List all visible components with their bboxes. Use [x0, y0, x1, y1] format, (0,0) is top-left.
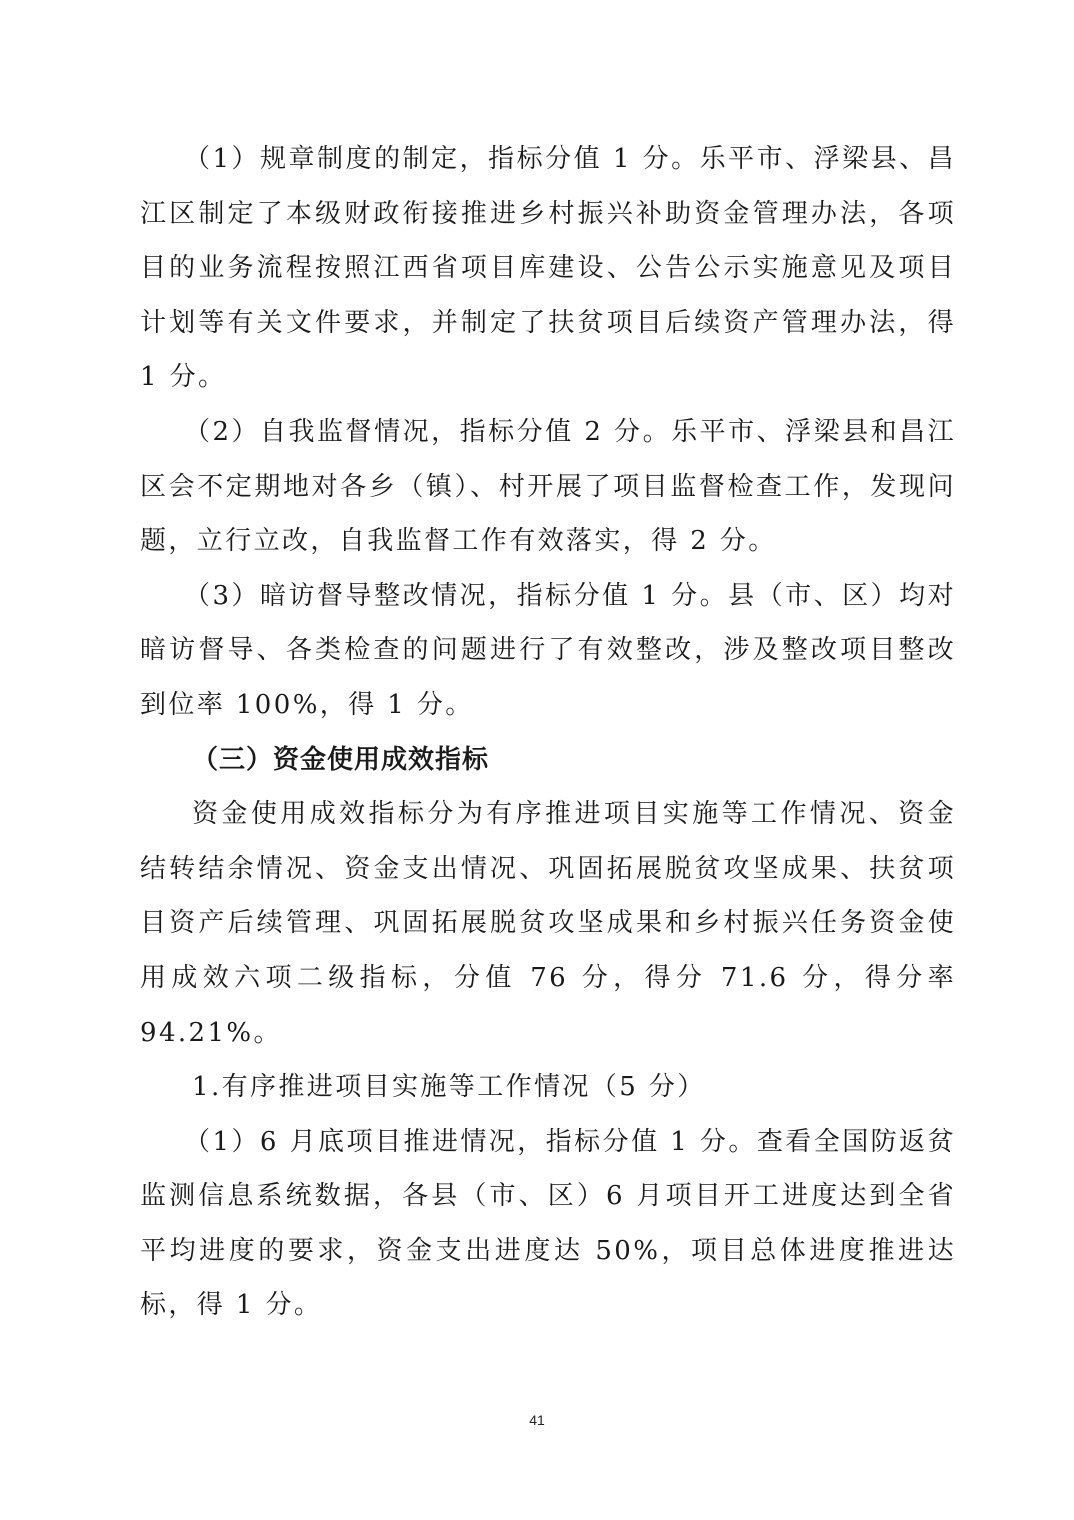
- paragraph-self-supervision: （2）自我监督情况，指标分值 2 分。乐平市、浮梁县和昌江区会不定期地对各乡（镇…: [140, 405, 956, 569]
- subheading-project-progress: 1.有序推进项目实施等工作情况（5 分）: [140, 1060, 956, 1115]
- page-number: 41: [0, 1412, 1074, 1428]
- section-heading-fund-effectiveness: （三）资金使用成效指标: [140, 733, 956, 788]
- document-page: （1）规章制度的制定，指标分值 1 分。乐平市、浮梁县、昌江区制定了本级财政衔接…: [140, 132, 956, 1333]
- paragraph-regulations: （1）规章制度的制定，指标分值 1 分。乐平市、浮梁县、昌江区制定了本级财政衔接…: [140, 132, 956, 405]
- paragraph-fund-effectiveness-summary: 资金使用成效指标分为有序推进项目实施等工作情况、资金结转结余情况、资金支出情况、…: [140, 787, 956, 1060]
- paragraph-rectification: （3）暗访督导整改情况，指标分值 1 分。县（市、区）均对暗访督导、各类检查的问…: [140, 569, 956, 733]
- paragraph-june-progress: （1）6 月底项目推进情况，指标分值 1 分。查看全国防返贫监测信息系统数据，各…: [140, 1115, 956, 1333]
